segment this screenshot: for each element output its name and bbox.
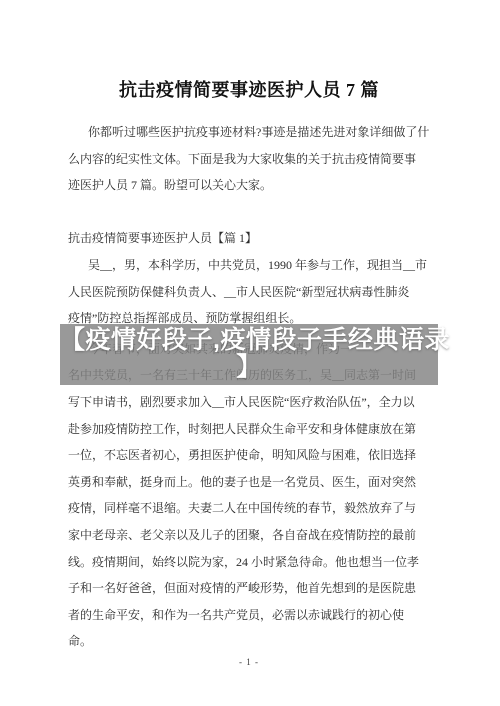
text-line: 写下申请书，剧烈要求加入__市人民医院“医疗救治队伍”，全力以 — [68, 389, 430, 416]
text-line: 人民医院预防保健科负责人、__市人民医院“新型冠状病毒性肺炎 — [68, 279, 430, 306]
intro-paragraph: 你都听过哪些医护抗疫事迹材料?事迹是描述先进对象详细做了什么内容的纪实性文体。下… — [68, 119, 430, 199]
text-line: 么内容的纪实性文体。下面是我为大家收集的关于抗击疫情简要事 — [68, 146, 430, 173]
watermark-banner-text-line2: 】 — [60, 354, 438, 381]
text-line: 者的生命平安，和作为一名共产党员，必需以赤诚践行的初心使 — [68, 602, 430, 629]
document-page: 抗击疫情简要事迹医护人员 7 篇 你都听过哪些医护抗疫事迹材料?事迹是描述先进对… — [0, 0, 500, 706]
text-line: 线。疫情期间，始终以院为家，24 小时紧急待命。他也想当一位孝 — [68, 549, 430, 576]
text-line: 家中老母亲、老父亲以及儿子的团聚，各自奋战在疫情防控的最前 — [68, 522, 430, 549]
text-line: 迹医护人员 7 篇。盼望可以关心大家。 — [68, 172, 430, 199]
watermark-banner: 【疫情好段子,疫情段子手经典语录 】 — [60, 324, 438, 385]
document-title: 抗击疫情简要事迹医护人员 7 篇 — [68, 79, 430, 101]
watermark-banner-text-line1: 【疫情好段子,疫情段子手经典语录 — [60, 327, 438, 354]
text-line: 命。 — [68, 628, 430, 655]
text-line: 疫情，同样毫不退缩。夫妻二人在中国传统的春节，毅然放弃了与 — [68, 495, 430, 522]
body-paragraph-1: 吴__，男，本科学历，中共党员，1990 年参与工作，现担当__市人民医院预防保… — [68, 252, 430, 332]
text-line: 一位，不忘医者初心，勇担医护使命，明知风险与困难，依旧选择 — [68, 442, 430, 469]
text-line: 赴参加疫情防控工作，时刻把人民群众生命平安和身体健康放在第 — [68, 416, 430, 443]
section-heading: 抗击疫情简要事迹医护人员【篇 1】 — [68, 225, 430, 252]
text-line: 你都听过哪些医护抗疫事迹材料?事迹是描述先进对象详细做了什 — [68, 119, 430, 146]
text-line: 英勇和奉献，挺身而上。他的妻子也是一名党员、医生，面对突然 — [68, 469, 430, 496]
text-line: 子和一名好爸爸，但面对疫情的严峻形势，他首先想到的是医院患 — [68, 575, 430, 602]
page-number: - 1 - — [68, 656, 430, 668]
text-line: 吴__，男，本科学历，中共党员，1990 年参与工作，现担当__市 — [68, 252, 430, 279]
